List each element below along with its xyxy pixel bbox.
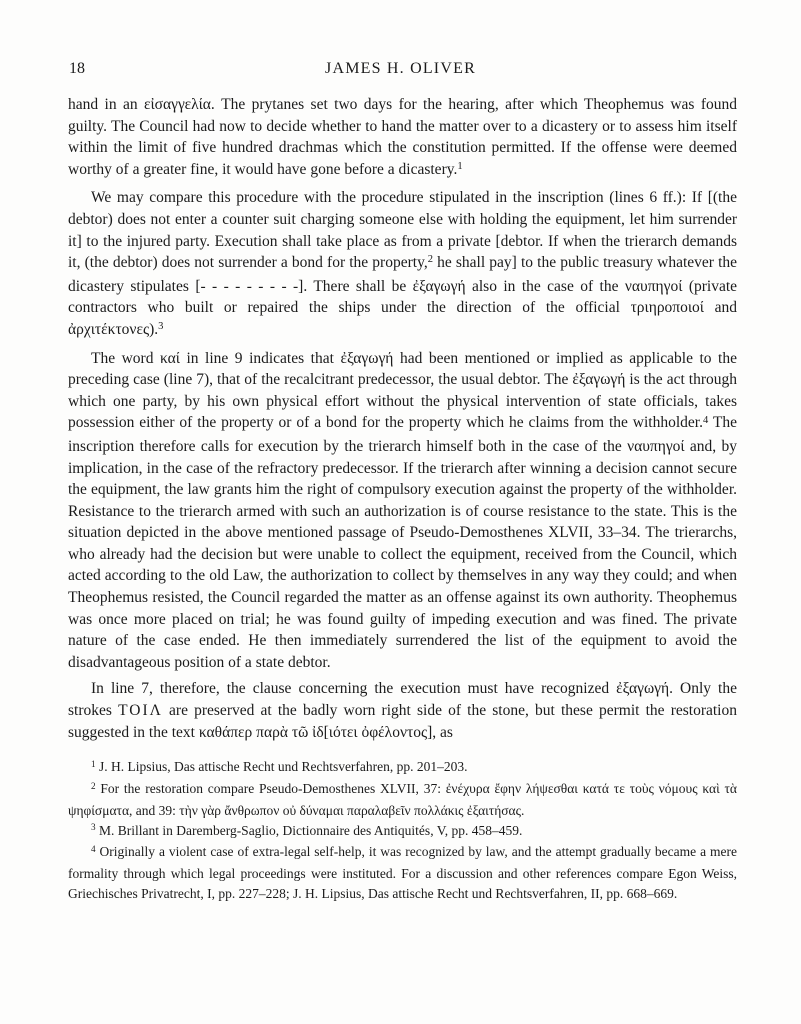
text-run: τριηροποιοί xyxy=(631,299,704,316)
text-run: Das attische Recht und Rechtsverfahren xyxy=(368,886,584,901)
text-run: ναυπηγοί xyxy=(627,438,685,455)
text-run: ἀρχιτέκτονες xyxy=(68,321,149,338)
text-run: , I, pp. 227–228; J. H. Lipsius, xyxy=(200,886,368,901)
text-run: 4 xyxy=(703,415,708,426)
text-run: , and 39: xyxy=(129,803,179,818)
text-run: 1 xyxy=(457,161,462,172)
text-run: εἰσαγγελία xyxy=(144,96,211,113)
paragraph: hand in an εἰσαγγελία. The prytanes set … xyxy=(68,94,737,182)
text-run: , V, pp. 458–459. xyxy=(430,823,522,838)
text-run: Originally a violent case of extra-legal… xyxy=(68,844,737,881)
text-run: as xyxy=(440,724,453,741)
text-run: ἐξαγωγή xyxy=(340,350,393,367)
text-run: M. Brillant in Daremberg-Saglio, xyxy=(96,823,283,838)
running-head: JAMES H. OLIVER xyxy=(0,59,801,79)
text-run: Dictionnaire des Antiquités xyxy=(282,823,430,838)
footnote: 4 Originally a violent case of extra-leg… xyxy=(68,842,737,903)
text-run: . xyxy=(521,803,524,818)
footnote: 3 M. Brillant in Daremberg-Saglio, Dicti… xyxy=(68,821,737,843)
text-run: καί xyxy=(160,350,180,367)
text-run: τὴν γὰρ ἄνθρωπον οὐ δύναμαι παραλαβεῖν π… xyxy=(179,803,521,818)
footnotes: 1 J. H. Lipsius, Das attische Recht und … xyxy=(68,757,737,904)
text-run: in line 9 indicates that xyxy=(180,350,340,367)
text-run: In line 7, therefore, the clause concern… xyxy=(91,680,616,697)
text-run: hand in an xyxy=(68,96,144,113)
text-run: and xyxy=(704,299,737,316)
text-run: J. H. Lipsius, xyxy=(96,759,174,774)
paragraph: The word καί in line 9 indicates that ἐξ… xyxy=(68,348,737,674)
text-run: 1 xyxy=(91,759,96,769)
text-run: ). xyxy=(149,321,158,338)
text-run: 2 xyxy=(91,781,96,791)
text-run: ΤΟΙΛ xyxy=(118,702,163,719)
text-run: We may compare this procedure with the p… xyxy=(91,189,692,206)
text-run: , pp. 201–203. xyxy=(390,759,468,774)
text-run: and, by implication, in the case of the … xyxy=(68,438,737,671)
text-run: For the restoration compare Pseudo-Demos… xyxy=(96,781,446,796)
page-header: 18 JAMES H. OLIVER xyxy=(0,0,801,79)
text-run: , xyxy=(432,724,440,741)
text-run: The word xyxy=(91,350,160,367)
text-run: Das attische Recht und Rechtsverfahren xyxy=(174,759,390,774)
text-run: [- - - - - - - - -]. xyxy=(195,278,313,295)
text-run: 3 xyxy=(158,321,163,332)
footnote: 2 For the restoration compare Pseudo-Dem… xyxy=(68,779,737,821)
text-run: Griechisches Privatrecht xyxy=(68,886,200,901)
body-text: hand in an εἰσαγγελία. The prytanes set … xyxy=(68,94,737,743)
text-run: ἐξαγωγή xyxy=(572,371,625,388)
text-run: 4 xyxy=(91,844,96,854)
text-run: καθάπερ παρὰ τῶ ἰδ[ιότει ὀφέλοντος] xyxy=(199,724,432,741)
text-run: 2 xyxy=(428,254,433,265)
text-run: , II, pp. 668–669. xyxy=(584,886,677,901)
text-run: There shall be ἐξαγωγή also in the case … xyxy=(313,278,688,295)
paragraph: In line 7, therefore, the clause concern… xyxy=(68,678,737,743)
page-number: 18 xyxy=(69,59,85,79)
document-page: 18 JAMES H. OLIVER hand in an εἰσαγγελία… xyxy=(0,0,801,1024)
text-run: 3 xyxy=(91,822,96,832)
text-run: ἐξαγωγή xyxy=(616,680,669,697)
footnote: 1 J. H. Lipsius, Das attische Recht und … xyxy=(68,757,737,779)
paragraph: We may compare this procedure with the p… xyxy=(68,187,737,342)
